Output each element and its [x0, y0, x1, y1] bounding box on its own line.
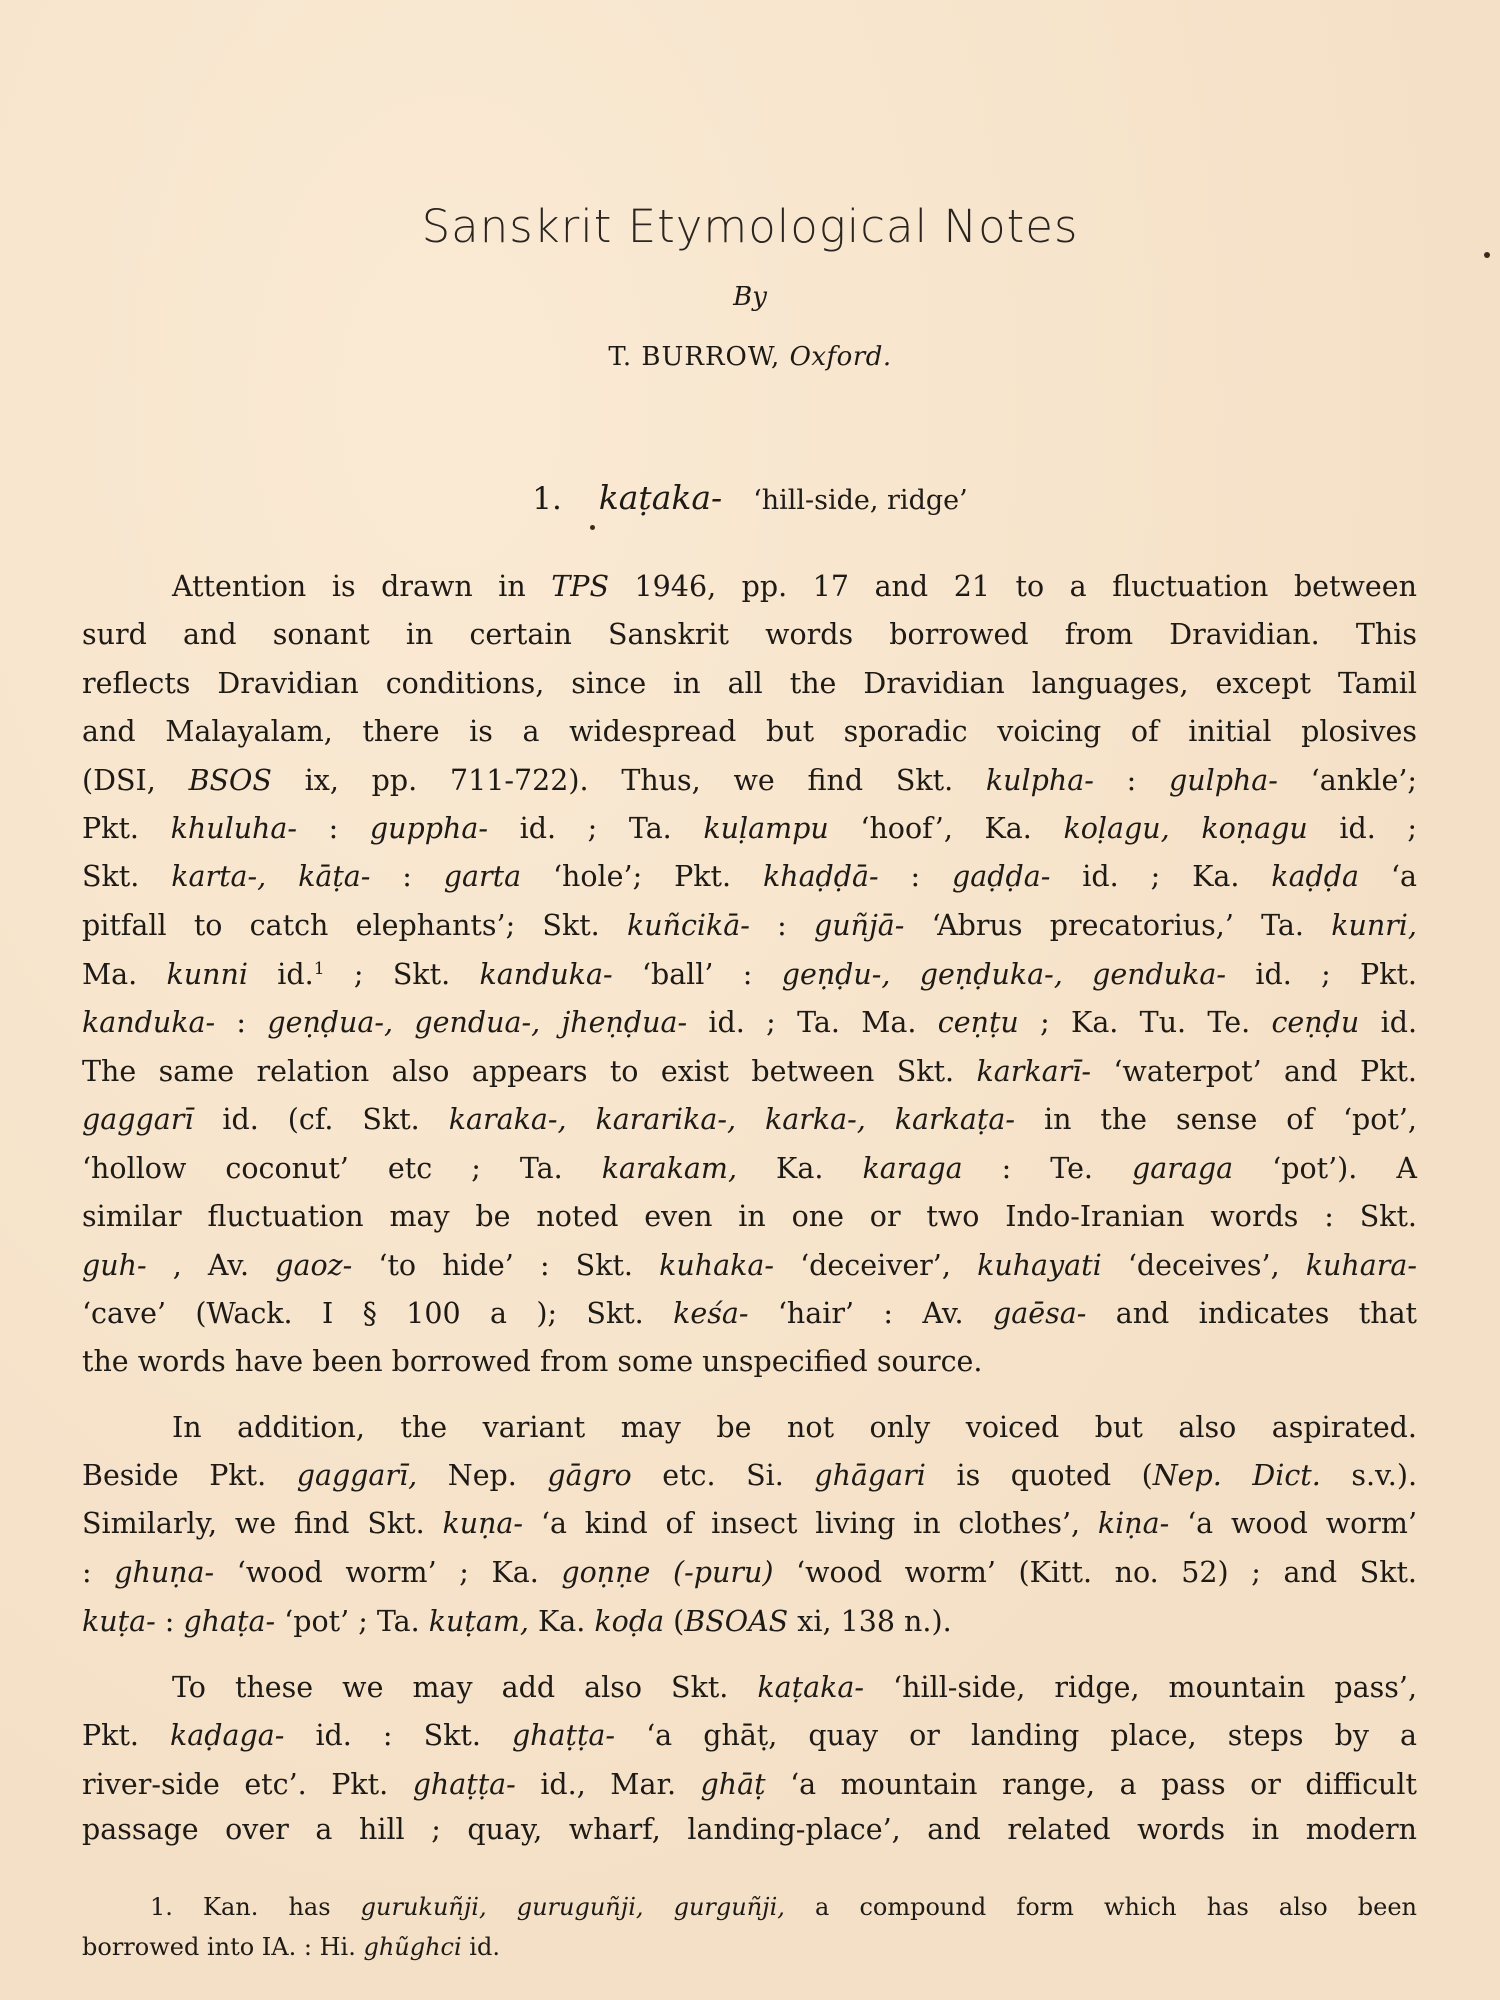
text-run: The same relation also appears to exist …: [82, 1055, 976, 1088]
italic-term: ghaṭṭa-: [512, 1719, 615, 1752]
body-text-line: kuṭa- : ghaṭa- ‘pot’ ; Ta. kuṭam, Ka. ko…: [82, 1603, 1417, 1641]
text-run: xi, 138 n.).: [788, 1605, 951, 1638]
section-term: kaṭaka-: [599, 478, 722, 517]
italic-term: gaoz-: [275, 1249, 352, 1282]
text-run: ix, pp. 711-722). Thus, we find Skt.: [272, 764, 986, 797]
italic-term: kunri,: [1331, 909, 1417, 942]
italic-term: guh-: [82, 1249, 147, 1282]
text-run: ‘ankle’;: [1278, 764, 1417, 797]
text-run: the words have been borrowed from some u…: [82, 1345, 982, 1378]
text-run: id., Mar.: [516, 1768, 701, 1801]
paper-speck: [590, 525, 595, 530]
body-text-line: passage over a hill ; quay, wharf, landi…: [82, 1811, 1417, 1849]
italic-term: karta-, kāṭa-: [171, 860, 370, 893]
text-run: Pkt.: [82, 812, 171, 845]
body-text-line: kanduka- : geṇḍua-, gendua-, jheṇḍua- id…: [82, 1004, 1417, 1042]
italic-term: gulpha-: [1169, 764, 1278, 797]
author-name: T. BURROW,: [608, 342, 780, 372]
italic-term: kuhaka-: [659, 1249, 774, 1282]
body-text-line: gaggarī id. (cf. Skt. karaka-, kararika-…: [82, 1101, 1417, 1139]
text-run: (: [664, 1605, 684, 1638]
text-run: Beside Pkt.: [82, 1459, 297, 1492]
body-text-line: Ma. kunni id.1 ; Skt. kanduka- ‘ball’ : …: [82, 956, 1417, 994]
text-run: ‘a kind of insect living in clothes’,: [523, 1507, 1098, 1540]
text-run: ‘a mountain range, a pass or difficult: [766, 1768, 1417, 1801]
body-text-line: : ghuṇa- ‘wood worm’ ; Ka. goṇṇe (-puru)…: [82, 1554, 1417, 1592]
text-run: Nep.: [417, 1459, 547, 1492]
text-run: in the sense of ‘pot’,: [1015, 1103, 1417, 1136]
text-run: ‘hoof’, Ka.: [829, 812, 1064, 845]
body-text-line: river-side etc’. Pkt. ghaṭṭa- id., Mar. …: [82, 1766, 1417, 1804]
text-run: Similarly, we find Skt.: [82, 1507, 442, 1540]
italic-term: ghāṭ: [701, 1768, 766, 1801]
text-run: ‘wood worm’ ; Ka.: [214, 1556, 561, 1589]
italic-term: koḍa: [594, 1605, 664, 1638]
text-run: ‘a wood worm’: [1169, 1507, 1417, 1540]
italic-term: gāgro: [547, 1459, 631, 1492]
italic-term: ghāgari: [814, 1459, 926, 1492]
text-run: similar fluctuation may be noted even in…: [82, 1200, 1417, 1233]
text-run: In addition, the variant may be not only…: [172, 1411, 1417, 1444]
italic-term: goṇṇe (-puru): [561, 1556, 773, 1589]
byline: By: [0, 282, 1500, 312]
italic-term: guppha-: [370, 812, 488, 845]
text-run: :: [370, 860, 443, 893]
italic-term: guñjā-: [814, 909, 904, 942]
text-run: ‘hollow coconut’ etc ; Ta.: [82, 1152, 602, 1185]
text-run: , Av.: [147, 1249, 276, 1282]
italic-term: keśa-: [673, 1297, 748, 1330]
text-run: :: [750, 909, 814, 942]
italic-term: kiṇa-: [1098, 1507, 1169, 1540]
footnote-marker: 1: [314, 959, 325, 979]
text-run: passage over a hill ; quay, wharf, landi…: [82, 1813, 1417, 1846]
footnote-line: 1. Kan. has gurukuñji, guruguñji, gurguñ…: [150, 1892, 1417, 1922]
text-run: ; Ka. Tu. Te.: [1019, 1006, 1272, 1039]
italic-term: garta: [444, 860, 521, 893]
body-text-line: Skt. karta-, kāṭa- : garta ‘hole’; Pkt. …: [82, 858, 1417, 896]
italic-term: ghaṭṭa-: [413, 1768, 516, 1801]
body-text-line: In addition, the variant may be not only…: [172, 1409, 1417, 1447]
italic-term: khuluha-: [171, 812, 297, 845]
text-run: id. ; Ka.: [1050, 860, 1271, 893]
text-run: reflects Dravidian conditions, since in …: [82, 667, 1417, 700]
text-run: :: [82, 1556, 114, 1589]
text-run: id. ; Pkt.: [1226, 958, 1417, 991]
section-gloss: ‘hill-side, ridge’: [753, 485, 968, 516]
italic-term: kaṭaka-: [757, 1671, 864, 1704]
text-run: ‘Abrus precatorius,’ Ta.: [904, 909, 1331, 942]
section-heading: 1. kaṭaka- ‘hill-side, ridge’: [0, 478, 1500, 517]
body-text-line: ‘cave’ (Wack. I § 100 a ); Skt. keśa- ‘h…: [82, 1295, 1417, 1333]
italic-term: kaḍḍa: [1271, 860, 1359, 893]
italic-term: gaēsa-: [993, 1297, 1086, 1330]
text-run: :: [1094, 764, 1169, 797]
italic-term: gurukuñji, guruguñji, gurguñji,: [361, 1893, 785, 1921]
body-text-line: similar fluctuation may be noted even in…: [82, 1198, 1417, 1236]
text-run: ‘ball’ :: [613, 958, 782, 991]
italic-term: karaka-, kararika-, karka-, karkaṭa-: [449, 1103, 1015, 1136]
text-run: ‘hair’ : Av.: [749, 1297, 993, 1330]
text-run: and indicates that: [1086, 1297, 1417, 1330]
body-text-line: Pkt. kaḍaga- id. : Skt. ghaṭṭa- ‘a ghāṭ,…: [82, 1717, 1417, 1755]
section-number: 1.: [532, 481, 562, 517]
italic-term: ceṇṭu: [938, 1006, 1019, 1039]
text-run: id. ; Ta.: [488, 812, 703, 845]
italic-term: BSOAS: [684, 1605, 788, 1638]
text-run: To these we may add also Skt.: [172, 1671, 757, 1704]
body-text-line: the words have been borrowed from some u…: [82, 1343, 1417, 1381]
text-run: id. ;: [1308, 812, 1417, 845]
text-run: ‘to hide’ : Skt.: [352, 1249, 659, 1282]
paper-speck: [1484, 252, 1490, 258]
body-text-line: Pkt. khuluha- : guppha- id. ; Ta. kuḷamp…: [82, 810, 1417, 848]
text-run: 1946, pp. 17 and 21 to a fluctuation bet…: [609, 570, 1417, 603]
body-text-line: ‘hollow coconut’ etc ; Ta. karakam, Ka. …: [82, 1150, 1417, 1188]
text-run: borrowed into IA. : Hi.: [82, 1933, 363, 1961]
text-run: Ka.: [737, 1152, 862, 1185]
body-text-line: Similarly, we find Skt. kuṇa- ‘a kind of…: [82, 1505, 1417, 1543]
italic-term: kunni: [167, 958, 248, 991]
text-run: id. ; Ta. Ma.: [687, 1006, 938, 1039]
italic-term: karaga: [862, 1152, 962, 1185]
text-run: ‘waterpot’ and Pkt.: [1091, 1055, 1417, 1088]
italic-term: BSOS: [189, 764, 272, 797]
italic-term: karkarī-: [976, 1055, 1091, 1088]
italic-term: kuṭa-: [82, 1605, 156, 1638]
text-run: Ma.: [82, 958, 167, 991]
italic-term: koḷagu, koṇagu: [1064, 812, 1308, 845]
text-run: : Te.: [963, 1152, 1132, 1185]
text-run: surd and sonant in certain Sanskrit word…: [82, 618, 1417, 651]
text-run: a compound form which has also been: [785, 1893, 1417, 1921]
body-text-line: The same relation also appears to exist …: [82, 1053, 1417, 1091]
italic-term: kuñcikā-: [627, 909, 750, 942]
italic-term: ceṇḍu: [1271, 1006, 1359, 1039]
text-run: ‘a: [1359, 860, 1417, 893]
italic-term: ghaṭa-: [183, 1605, 275, 1638]
text-run: Pkt.: [82, 1719, 170, 1752]
body-text-line: surd and sonant in certain Sanskrit word…: [82, 616, 1417, 654]
text-run: ‘deceiver’,: [774, 1249, 977, 1282]
italic-term: TPS: [551, 570, 609, 603]
text-run: Attention is drawn in: [172, 570, 551, 603]
italic-term: ghũghci: [363, 1933, 461, 1961]
italic-term: kuḷampu: [703, 812, 828, 845]
article-title: Sanskrit Etymological Notes: [0, 200, 1500, 253]
body-text-line: Beside Pkt. gaggarī, Nep. gāgro etc. Si.…: [82, 1457, 1417, 1495]
body-text-line: and Malayalam, there is a widespread but…: [82, 713, 1417, 751]
italic-term: khaḍḍā-: [763, 860, 879, 893]
italic-term: gaggarī: [82, 1103, 193, 1136]
italic-term: karakam,: [602, 1152, 737, 1185]
text-run: (DSI,: [82, 764, 189, 797]
author-affiliation: Oxford.: [790, 342, 892, 372]
text-run: :: [879, 860, 952, 893]
text-run: :: [297, 812, 370, 845]
body-text-line: (DSI, BSOS ix, pp. 711-722). Thus, we fi…: [82, 762, 1417, 800]
italic-term: Nep. Dict.: [1153, 1459, 1321, 1492]
text-run: etc. Si.: [632, 1459, 815, 1492]
author-line: T. BURROW, Oxford.: [0, 342, 1500, 372]
italic-term: geṇḍua-, gendua-, jheṇḍua-: [267, 1006, 687, 1039]
italic-term: kuhara-: [1306, 1249, 1417, 1282]
text-run: Skt.: [82, 860, 171, 893]
body-text-line: Attention is drawn in TPS 1946, pp. 17 a…: [172, 568, 1417, 606]
italic-term: kuṭam,: [429, 1605, 529, 1638]
body-text-line: reflects Dravidian conditions, since in …: [82, 665, 1417, 703]
text-run: river-side etc’. Pkt.: [82, 1768, 413, 1801]
text-run: ‘pot’ ; Ta.: [275, 1605, 429, 1638]
text-run: ‘hole’; Pkt.: [521, 860, 763, 893]
text-run: id.: [248, 958, 314, 991]
italic-term: gaḍḍa-: [952, 860, 1050, 893]
text-run: id.: [1359, 1006, 1417, 1039]
text-run: ‘a ghāṭ, quay or landing place, steps by…: [615, 1719, 1417, 1752]
text-run: ‘wood worm’ (Kitt. no. 52) ; and Skt.: [773, 1556, 1417, 1589]
text-run: ‘hill-side, ridge, mountain pass’,: [864, 1671, 1417, 1704]
text-run: ‘cave’ (Wack. I § 100 a ); Skt.: [82, 1297, 673, 1330]
italic-term: garaga: [1132, 1152, 1233, 1185]
italic-term: ghuṇa-: [114, 1556, 214, 1589]
text-run: ‘deceives’,: [1102, 1249, 1306, 1282]
text-run: s.v.).: [1321, 1459, 1417, 1492]
text-run: id.: [462, 1933, 500, 1961]
italic-term: kulpha-: [986, 764, 1094, 797]
body-text-line: guh- , Av. gaoz- ‘to hide’ : Skt. kuhaka…: [82, 1247, 1417, 1285]
italic-term: kuṇa-: [442, 1507, 523, 1540]
body-text-line: pitfall to catch elephants’; Skt. kuñcik…: [82, 907, 1417, 945]
journal-page: Sanskrit Etymological Notes By T. BURROW…: [0, 0, 1500, 2000]
text-run: id. : Skt.: [284, 1719, 512, 1752]
italic-term: geṇḍu-, geṇḍuka-, genduka-: [782, 958, 1226, 991]
italic-term: kanduka-: [479, 958, 612, 991]
italic-term: gaggarī,: [297, 1459, 418, 1492]
italic-term: kanduka-: [82, 1006, 215, 1039]
text-run: Ka.: [529, 1605, 594, 1638]
italic-term: kaḍaga-: [170, 1719, 284, 1752]
text-run: 1. Kan. has: [150, 1893, 361, 1921]
text-run: is quoted (: [926, 1459, 1153, 1492]
text-run: :: [156, 1605, 184, 1638]
text-run: :: [215, 1006, 267, 1039]
text-run: pitfall to catch elephants’; Skt.: [82, 909, 627, 942]
footnote-line: borrowed into IA. : Hi. ghũghci id.: [82, 1932, 1417, 1962]
body-text-line: To these we may add also Skt. kaṭaka- ‘h…: [172, 1669, 1417, 1707]
text-run: and Malayalam, there is a widespread but…: [82, 715, 1417, 748]
text-run: id. (cf. Skt.: [193, 1103, 448, 1136]
text-run: ‘pot’). A: [1233, 1152, 1417, 1185]
italic-term: kuhayati: [977, 1249, 1102, 1282]
text-run: ; Skt.: [325, 958, 480, 991]
